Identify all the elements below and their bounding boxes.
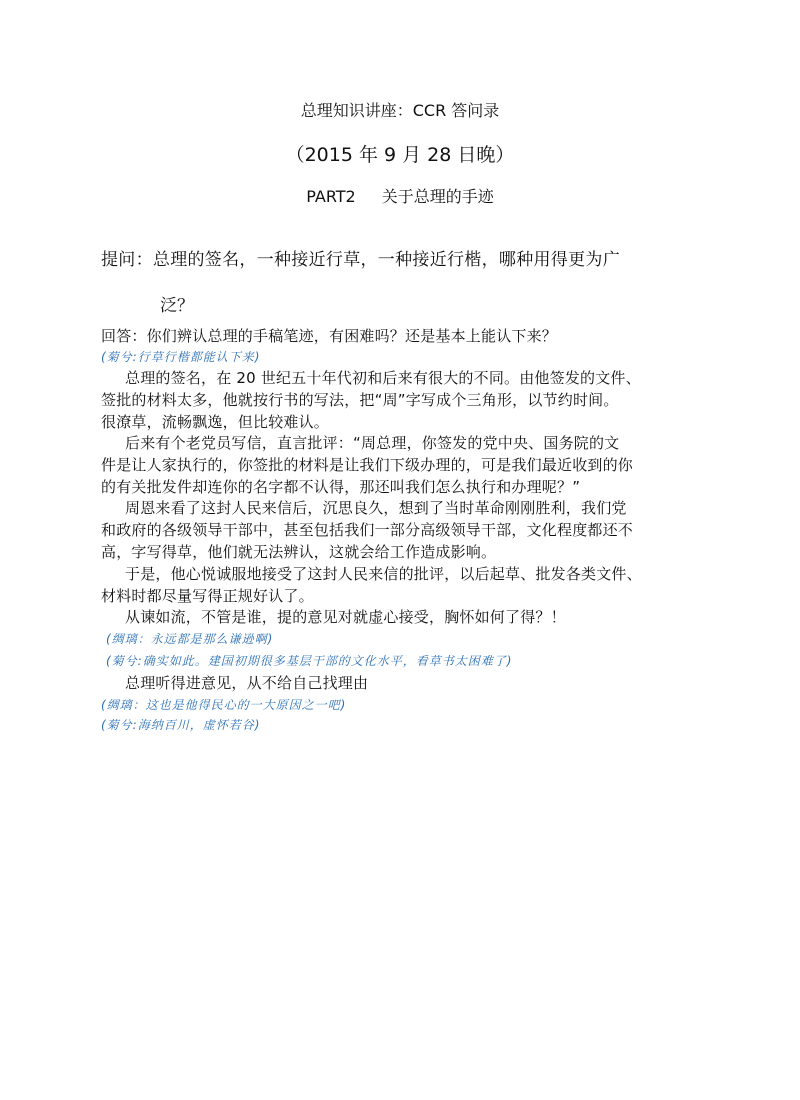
paragraph-line: 后来有个老党员写信，直言批评：“周总理，你签发的党中央、国务院的文 — [101, 432, 619, 453]
paragraph-line: 总理的签名，在 20 世纪五十年代初和后来有很大的不同。由他签发的文件、 — [101, 367, 641, 388]
paragraph-line: 和政府的各级领导干部中，甚至包括我们一部分高级领导干部，文化程度都还不 — [101, 519, 633, 540]
paragraph-line: 的有关批发件却连你的名字都不认得，那还叫我们怎么执行和办理呢？” — [101, 476, 580, 497]
paragraph-line: 于是，他心悦诚服地接受了这封人民来信的批评，以后起草、批发各类文件、 — [101, 563, 642, 584]
paragraph-line: 材料时都尽量写得正规好认了。 — [101, 585, 314, 606]
question-line-1: 提问：总理的签名，一种接近行草，一种接近行楷，哪种用得更为广 — [101, 245, 620, 270]
paragraph-line: 总理听得进意见，从不给自己找理由 — [101, 672, 368, 693]
document-date: （2015 年 9 月 28 日晚） — [0, 140, 800, 167]
paragraph-line: 周恩来看了这封人民来信后，沉思良久，想到了当时革命刚刚胜利，我们党 — [101, 497, 627, 518]
comment-note: (菊兮:海纳百川，虚怀若谷) — [101, 716, 260, 733]
comment-note: (绸璃：这也是他得民心的一大原因之一吧) — [101, 696, 346, 713]
comment-note: (菊兮:行草行楷都能认下来) — [101, 348, 260, 365]
answer-intro: 回答：你们辨认总理的手稿笔迹，有困难吗？还是基本上能认下来？ — [101, 325, 557, 346]
comment-note: (菊兮:确实如此。建国初期很多基层干部的文化水平，看草书太困难了) — [106, 652, 512, 669]
paragraph-line: 高，字写得草，他们就无法辨认，这就会给工作造成影响。 — [101, 541, 496, 562]
paragraph-line: 从谏如流，不管是谁，提的意见对就虚心接受，胸怀如何了得？！ — [101, 606, 566, 627]
question-line-2: 泛？ — [160, 291, 194, 316]
document-title: 总理知识讲座：CCR 答问录 — [0, 98, 800, 121]
paragraph-line: 很潦草，流畅飘逸，但比较难认。 — [101, 411, 329, 432]
part-heading: PART2关于总理的手迹 — [0, 184, 800, 207]
comment-note: (绸璃：永远都是那么谦逊啊) — [106, 630, 273, 647]
part-label: PART2 — [306, 187, 355, 206]
part-title: 关于总理的手迹 — [382, 187, 494, 206]
paragraph-line: 签批的材料太多，他就按行书的写法，把“周”字写成个三角形，以节约时间。 — [101, 389, 619, 410]
paragraph-line: 件是让人家执行的，你签批的材料是让我们下级办理的，可是我们最近收到的你 — [101, 454, 633, 475]
